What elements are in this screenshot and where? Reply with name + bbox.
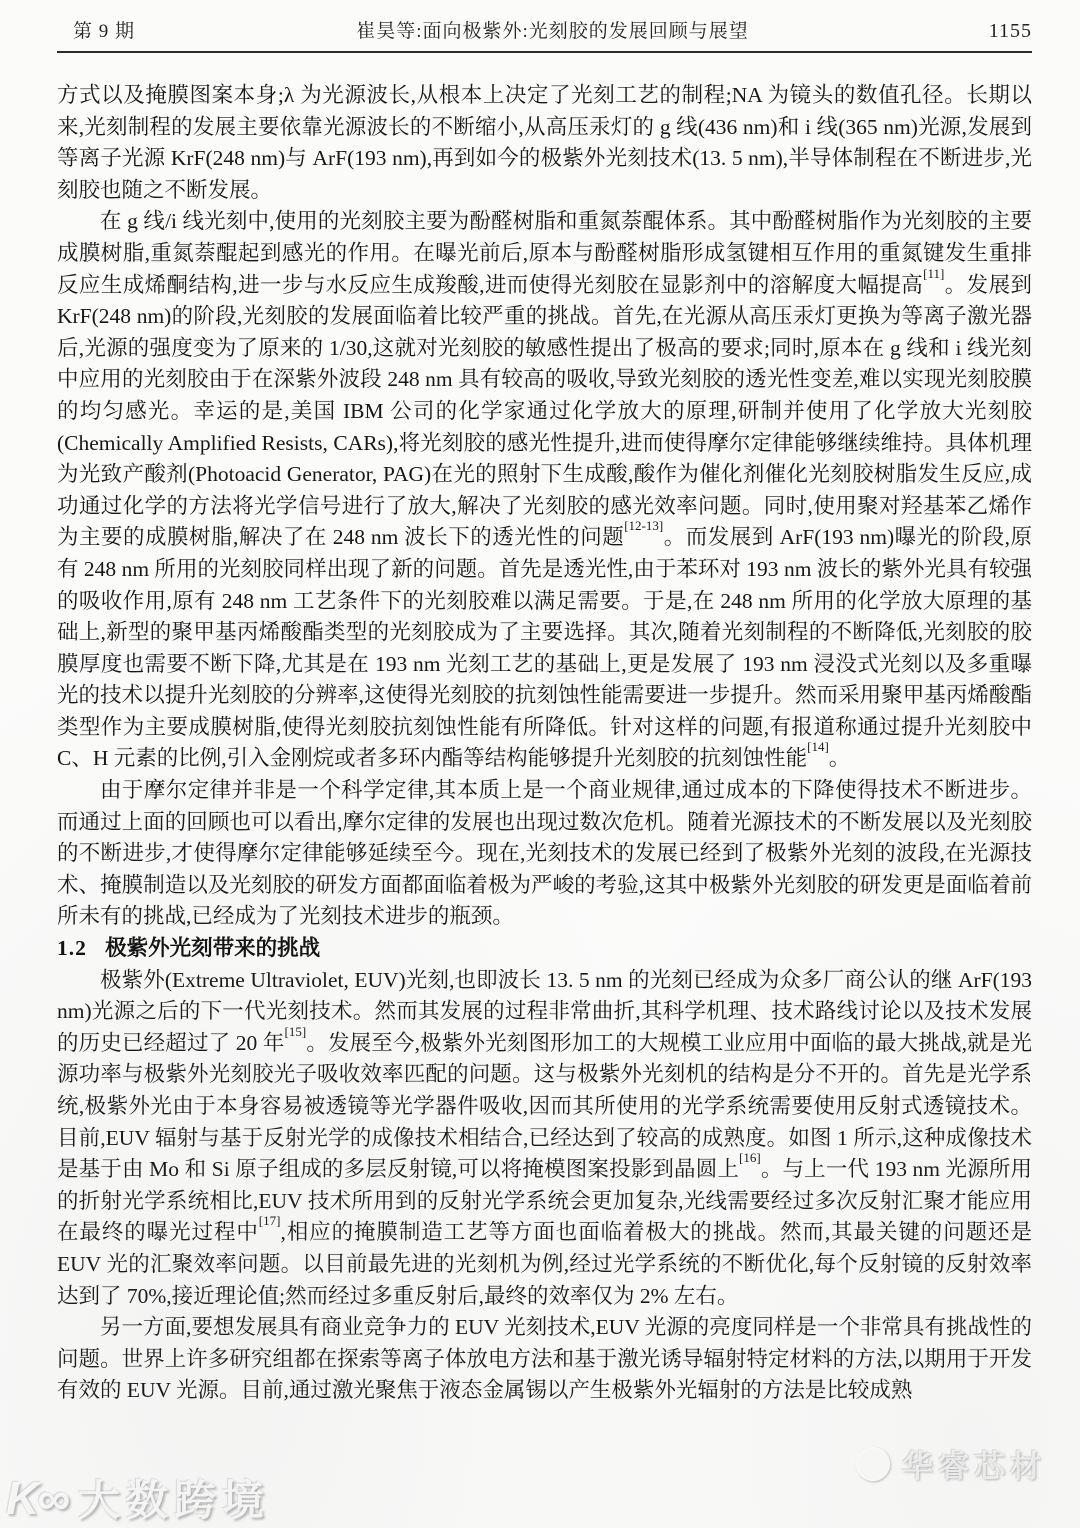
- citation-ref: [15]: [285, 1024, 307, 1039]
- section-title: 极紫外光刻带来的挑战: [105, 936, 320, 960]
- paper-page: 第 9 期 崔昊等:面向极紫外:光刻胶的发展回顾与展望 1155 方式以及掩膜图…: [0, 0, 1080, 1528]
- article-body: 方式以及掩膜图案本身;λ 为光源波长,从根本上决定了光刻工艺的制程;NA 为镜头…: [57, 80, 1032, 1407]
- paragraph: 方式以及掩膜图案本身;λ 为光源波长,从根本上决定了光刻工艺的制程;NA 为镜头…: [57, 80, 1032, 206]
- paragraph-text: 。发展到 KrF(248 nm)的阶段,光刻胶的发展面临着比较严重的挑战。首先,…: [57, 273, 1032, 550]
- citation-ref: [16]: [739, 1150, 761, 1165]
- citation-ref: [17]: [259, 1213, 281, 1228]
- paragraph: 极紫外(Extreme Ultraviolet, EUV)光刻,也即波长 13.…: [57, 965, 1032, 1313]
- watermark-huaruixincai-text: 华睿芯材: [902, 1441, 1046, 1486]
- paragraph: 另一方面,要想发展具有商业竞争力的 EUV 光刻技术,EUV 光源的亮度同样是一…: [57, 1312, 1032, 1407]
- paragraph-text: 另一方面,要想发展具有商业竞争力的 EUV 光刻技术,EUV 光源的亮度同样是一…: [57, 1315, 1032, 1402]
- paragraph-text: 在 g 线/i 线光刻中,使用的光刻胶主要为酚醛树脂和重氮萘醌体系。其中酚醛树脂…: [57, 209, 1032, 296]
- paragraph-text: 由于摩尔定律并非是一个科学定律,其本质上是一个商业规律,通过成本的下降使得技术不…: [57, 778, 1032, 928]
- running-title: 崔昊等:面向极紫外:光刻胶的发展回顾与展望: [233, 16, 872, 43]
- page-number: 1155: [872, 20, 1032, 43]
- journal-issue: 第 9 期: [57, 16, 233, 43]
- huaruixincai-logo-icon: [856, 1447, 890, 1481]
- paragraph: 在 g 线/i 线光刻中,使用的光刻胶主要为酚醛树脂和重氮萘醌体系。其中酚醛树脂…: [57, 206, 1032, 775]
- watermark-huaruixincai: 华睿芯材: [856, 1441, 1046, 1486]
- paragraph-text: 。而发展到 ArF(193 nm)曝光的阶段,原有 248 nm 所用的光刻胶同…: [57, 525, 1032, 770]
- section-heading: 1.2极紫外光刻带来的挑战: [57, 933, 1032, 965]
- section-number: 1.2: [57, 936, 87, 960]
- paragraph: 由于摩尔定律并非是一个科学定律,其本质上是一个商业规律,通过成本的下降使得技术不…: [57, 775, 1032, 933]
- dashukuajing-logo-icon: K∞: [6, 1471, 68, 1525]
- citation-ref: [12-13]: [624, 518, 663, 533]
- citation-ref: [14]: [807, 739, 829, 754]
- page-header: 第 9 期 崔昊等:面向极紫外:光刻胶的发展回顾与展望 1155: [0, 0, 1080, 49]
- watermark-dashukuajing: K∞ 大数跨境: [6, 1468, 270, 1528]
- paragraph-text: 。: [829, 746, 851, 770]
- paragraph-text: 方式以及掩膜图案本身;λ 为光源波长,从根本上决定了光刻工艺的制程;NA 为镜头…: [57, 83, 1032, 202]
- citation-ref: [11]: [923, 266, 944, 281]
- watermark-dashukuajing-text: 大数跨境: [78, 1468, 270, 1528]
- header-rule: [57, 51, 1032, 53]
